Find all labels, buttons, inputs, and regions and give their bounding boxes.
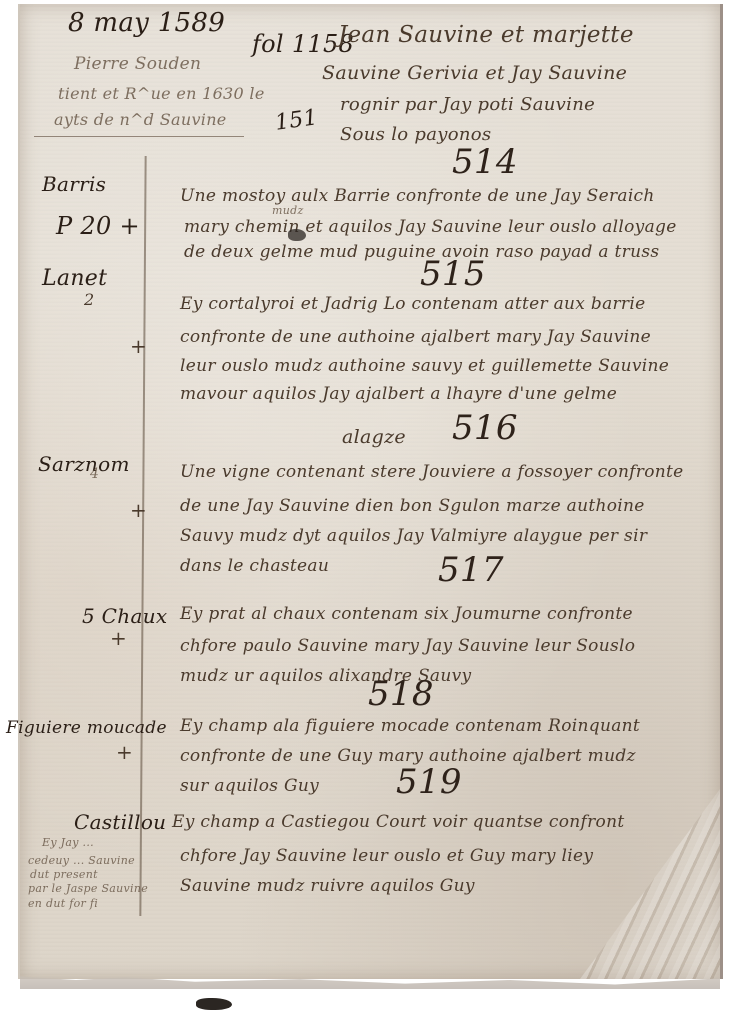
margin-sub-p20: P 20 + (56, 212, 140, 240)
entry-517-line-2: chfore paulo Sauvine mary Jay Sauvine le… (180, 636, 635, 656)
margin-label-barris: Barris (42, 172, 106, 196)
margin-cross-mark: + (110, 626, 127, 650)
entry-515-line-3: leur ouslo mudz authoine sauvy et guille… (180, 356, 669, 376)
margin-label-chaux: 5 Chaux (82, 604, 167, 628)
margin-cross-mark: + (116, 740, 133, 764)
margin-label-figuiere-moucade: Figuiere moucade (6, 718, 167, 738)
entry-number-514: 514 (452, 142, 518, 182)
entry-514-interlinear: mudz (272, 204, 304, 217)
entry-514-line-1: Une mostoy aulx Barrie confronte de une … (180, 186, 655, 206)
title-line-1: Jean Sauvine et marjette (338, 22, 634, 48)
entry-516-line-1: Une vigne contenant stere Jouviere a fos… (180, 462, 683, 482)
title-line-3: rognir par Jay poti Sauvine (340, 94, 595, 115)
header-date: 8 may 1589 (68, 8, 225, 38)
entry-516-line-3: Sauvy mudz dyt aquilos Jay Valmiyre alay… (180, 526, 647, 546)
margin-cross-mark: + (130, 334, 147, 358)
margin-cross-mark: + (130, 498, 147, 522)
margin-note-4: par le Jaspe Sauvine (28, 882, 148, 895)
entry-519-line-1: Ey champ a Castiegou Court voir quantse … (172, 812, 624, 832)
entry-number-519: 519 (396, 762, 462, 802)
entry-515-line-1: Ey cortalyroi et Jadrig Lo contenam atte… (180, 294, 645, 314)
margin-note-1: Ey Jay ... (42, 836, 94, 849)
entry-514-line-2: mary chemin et aquilos Jay Sauvine leur … (184, 217, 677, 237)
entry-518-line-3: sur aquilos Guy (180, 776, 319, 796)
entry-516-line-4: dans le chasteau (180, 556, 329, 576)
entry-519-line-3: Sauvine mudz ruivre aquilos Guy (180, 876, 475, 896)
entry-515-line-4: mavour aquilos Jay ajalbert a lhayre d'u… (180, 384, 617, 404)
place-heading-alagze: alagze (342, 426, 406, 448)
entry-516-line-2: de une Jay Sauvine dien bon Sgulon marze… (180, 496, 645, 516)
margin-note-2: cedeuy ... Sauvine (28, 854, 135, 867)
header-note-line-1: Pierre Souden (74, 54, 201, 74)
margin-rule (139, 156, 146, 916)
margin-note-3: dut present (30, 868, 98, 881)
entry-519-line-2: chfore Jay Sauvine leur ouslo et Guy mar… (180, 846, 593, 866)
entry-number-516: 516 (452, 408, 518, 448)
margin-label-sarznom: Sarznom (38, 452, 130, 476)
entry-number-517: 517 (438, 550, 504, 590)
entry-515-line-2: confronte de une authoine ajalbert mary … (180, 327, 651, 347)
ink-blot (288, 229, 306, 241)
header-note-line-3: ayts de n^d Sauvine (54, 110, 227, 129)
margin-note-5: en dut for fi (28, 897, 98, 910)
entry-517-line-1: Ey prat al chaux contenam six Joumurne c… (180, 604, 633, 624)
margin-sub-2: 2 (84, 290, 94, 309)
header-note-line-2: tient et R^ue en 1630 le (58, 84, 265, 103)
entry-number-515: 515 (420, 254, 486, 294)
margin-sub-4: 4 (90, 466, 99, 482)
side-mark: 151 (273, 105, 319, 136)
entry-number-518: 518 (368, 674, 434, 714)
margin-label-lanet: Lanet (42, 266, 107, 291)
title-line-2: Sauvine Gerivia et Jay Sauvine (322, 62, 627, 84)
manuscript-page: 8 may 1589 fol 1158 Pierre Souden tient … (18, 4, 723, 979)
entry-518-line-1: Ey champ ala figuiere mocade contenam Ro… (180, 716, 640, 736)
margin-label-castillou: Castillou (74, 810, 166, 834)
header-underline (34, 136, 244, 137)
ink-blot (196, 998, 232, 1005)
